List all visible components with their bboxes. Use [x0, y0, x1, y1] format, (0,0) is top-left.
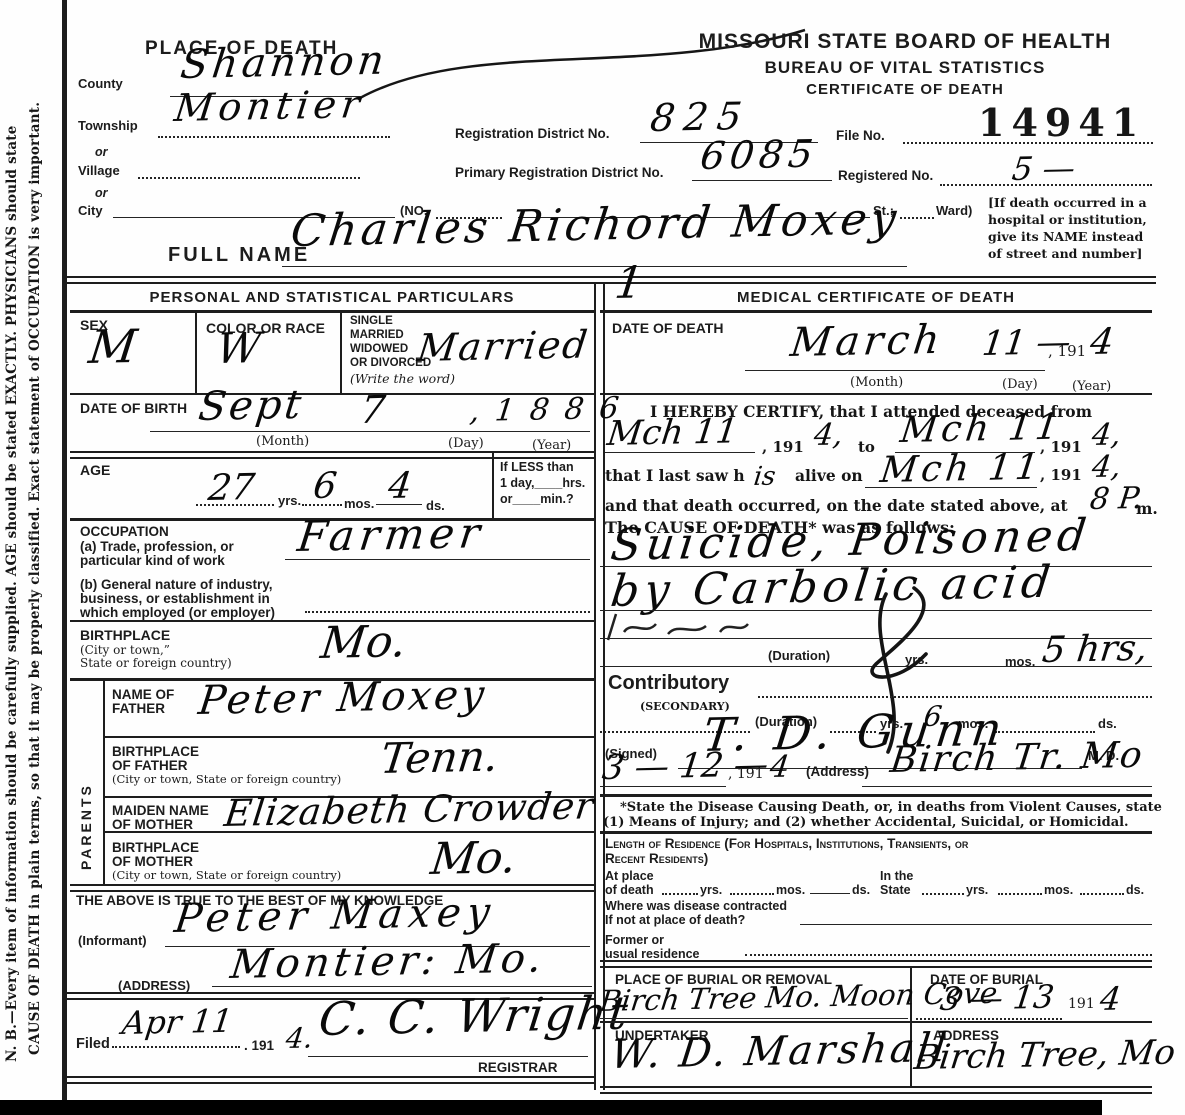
blank-line: [810, 893, 850, 894]
registered-no-value: 5 —: [1010, 149, 1077, 188]
mother-name-value: Elizabeth Crowder: [222, 784, 597, 835]
rule: [103, 736, 594, 738]
birthplace-subcaption: State or foreign country): [80, 656, 232, 670]
file-no-value: 14941: [978, 100, 1145, 145]
cell-border: [103, 680, 105, 886]
blank-line: [745, 954, 1152, 956]
mother-birthplace-subcaption: (City or town, State or foreign country): [112, 868, 341, 882]
mother-birthplace-label: OF MOTHER: [112, 854, 193, 869]
less-than-line: or____min.?: [500, 492, 574, 506]
sex-value: M: [86, 319, 140, 374]
cell-border: [492, 453, 494, 518]
year-caption: (Year): [1072, 379, 1111, 394]
blank-line: [285, 559, 590, 560]
father-birthplace-label: OF FATHER: [112, 758, 188, 773]
rule: [600, 1086, 1152, 1094]
city-label: City: [78, 203, 103, 218]
alive-on-text: alive on: [795, 466, 863, 485]
last-saw-text: that I last saw h: [605, 466, 745, 485]
margin-note-line2: CAUSE OF DEATH in plain terms, so that i…: [27, 45, 43, 1055]
rule: [600, 393, 1152, 395]
rule: [70, 310, 594, 313]
footnote-line: (1) Means of Injury; and (2) whether Acc…: [603, 815, 1129, 830]
occupation-b-line: which employed (or employer): [80, 605, 275, 620]
blank-line: [1080, 893, 1124, 895]
at-place-label: of death: [605, 883, 654, 897]
last-saw-date: Mch 11: [878, 447, 1045, 491]
bureau-title: BUREAU OF VITAL STATISTICS: [680, 58, 1130, 78]
primary-district-label: Primary Registration District No.: [455, 165, 664, 180]
blank-line: [862, 786, 1152, 787]
duration-value: 5 hrs,: [1040, 628, 1150, 671]
signed-year-digit: 4: [768, 750, 791, 785]
blank-line: [305, 611, 590, 613]
hospital-note-line: hospital or institution,: [988, 211, 1147, 228]
duration-label: (Duration): [768, 648, 830, 663]
father-birthplace-value: Tenn.: [378, 732, 501, 783]
footnote-line: *State the Disease Causing Death, or, in…: [620, 800, 1162, 815]
registration-district-label: Registration District No.: [455, 126, 610, 141]
blank-line: [196, 504, 274, 506]
ds-label: ds.: [852, 883, 870, 897]
document-left-border: [62, 0, 67, 1100]
county-label: County: [78, 76, 123, 91]
father-name-value: Peter Moxey: [196, 672, 490, 724]
medical-section-title: MEDICAL CERTIFICATE OF DEATH: [600, 289, 1152, 306]
blank-line: [745, 370, 1045, 371]
last-saw-year-digit: 4,: [1090, 449, 1123, 485]
blank-line: [940, 184, 1152, 186]
his-handwritten: is: [752, 462, 777, 492]
date-of-death-month: March: [788, 317, 946, 366]
marital-instruction: (Write the word): [350, 371, 455, 386]
blank-line: [998, 893, 1042, 895]
birthplace-value: Mo.: [318, 616, 409, 669]
age-days-value: 4: [386, 466, 414, 507]
informant-value: Peter Maxey: [172, 889, 498, 942]
rule: [64, 276, 1156, 284]
blank-line: [302, 504, 342, 506]
disease-contracted-label: Where was disease contracted: [605, 899, 787, 913]
yrs-label: yrs.: [966, 883, 988, 897]
hospital-note: [If death occurred in a hospital or inst…: [988, 194, 1147, 262]
dob-label: DATE OF BIRTH: [80, 400, 187, 416]
filed-label: Filed: [76, 1036, 110, 1052]
occupation-a-line: (a) Trade, profession, or: [80, 539, 234, 554]
disease-contracted-label: If not at place of death?: [605, 913, 745, 927]
personal-section-title: PERSONAL AND STATISTICAL PARTICULARS: [70, 289, 594, 306]
occupation-a-line: particular kind of work: [80, 553, 225, 568]
margin-note-line1: N. B.—Every item of information should b…: [4, 32, 20, 1062]
residence-title-line: Recent Residents): [605, 851, 708, 866]
ds-label: ds.: [1098, 716, 1117, 731]
death-certificate: N. B.—Every item of information should b…: [0, 0, 1185, 1115]
blank-line: [112, 1046, 240, 1048]
cell-border: [195, 312, 197, 393]
attended-to-year-digit: 4,: [1090, 417, 1123, 453]
informant-label: (Informant): [78, 933, 147, 948]
full-name-value: Charles Richord Moxey: [288, 193, 903, 257]
residence-title-line: Length of Residence (For Hospitals, Inst…: [605, 836, 968, 851]
attended-from-date: Mch 11: [605, 411, 740, 454]
scan-edge-strip: [0, 1100, 1102, 1115]
registered-no-label: Registered No.: [838, 168, 933, 183]
m-suffix: m.: [1136, 499, 1158, 518]
filed-year-digit: 4.: [284, 1021, 315, 1055]
blank-line: [600, 1018, 908, 1019]
parents-label: PARENTS: [78, 700, 94, 870]
blank-line: [922, 893, 964, 895]
marital-value: Married: [415, 322, 592, 370]
occupation-b-line: business, or establishment in: [80, 591, 270, 606]
blank-line: [376, 504, 422, 505]
undertaker-address-value: Birch Tree, Mo: [912, 1033, 1177, 1078]
blank-line: [662, 893, 698, 895]
birthplace-subcaption: (City or town,”: [80, 643, 170, 657]
date-of-death-label: DATE OF DEATH: [612, 320, 723, 336]
illegible-scribble: [602, 612, 752, 644]
dob-day-value: 7: [358, 388, 388, 432]
occupation-value: Farmer: [295, 508, 488, 561]
occupation-label: OCCUPATION: [80, 524, 169, 539]
year-printed: , 191: [1040, 438, 1082, 456]
blank-line: [158, 136, 390, 138]
ds-label: ds.: [1126, 883, 1144, 897]
attended-from-year-digit: 4,: [812, 417, 845, 453]
year-printed: , 191: [762, 438, 804, 456]
cell-border: [340, 312, 342, 393]
day-caption: (Day): [448, 436, 484, 451]
rule: [600, 794, 1152, 797]
father-name-label: NAME OF: [112, 687, 174, 702]
informant-address-label: (ADDRESS): [118, 978, 190, 993]
township-label: Township: [78, 118, 138, 133]
hospital-note-line: of street and number]: [988, 245, 1147, 262]
rule: [70, 451, 594, 459]
blank-line: [916, 1018, 1062, 1020]
ward-label: Ward): [936, 203, 972, 218]
year-printed: , 191: [728, 766, 764, 782]
father-name-label: FATHER: [112, 701, 165, 716]
age-label: AGE: [80, 462, 110, 478]
to-word: to: [858, 438, 875, 456]
mos-label: mos.: [344, 496, 374, 511]
former-residence-label: Former or: [605, 933, 664, 947]
blank-line: [308, 1056, 588, 1057]
color-race-value: W: [214, 323, 263, 373]
or-word: or: [95, 186, 108, 200]
yrs-label: yrs.: [700, 883, 722, 897]
marital-option: MARRIED: [350, 329, 404, 341]
filed-date-value: Apr 11: [120, 1002, 235, 1042]
rule: [64, 1076, 594, 1084]
hospital-note-line: give its NAME instead: [988, 228, 1147, 245]
board-title: MISSOURI STATE BOARD OF HEALTH: [680, 30, 1130, 54]
year-printed: 191: [1068, 996, 1095, 1012]
blank-line: [900, 217, 934, 219]
mother-birthplace-value: Mo.: [428, 832, 519, 885]
burial-date-value: 3 — 13: [938, 978, 1056, 1018]
dob-month-value: Sept: [196, 382, 307, 430]
in-the-state-label: State: [880, 883, 911, 897]
age-months-value: 6: [311, 466, 339, 507]
year-printed: , 191: [1048, 342, 1086, 360]
physician-address-label: (Address): [806, 764, 869, 779]
year-printed: , 191: [1040, 466, 1082, 484]
village-label: Village: [78, 163, 120, 178]
township-value: Montier: [172, 82, 367, 130]
rule: [600, 831, 1152, 834]
contributory-label: Contributory: [608, 672, 729, 695]
blank-line: [692, 180, 832, 181]
blank-line: [600, 786, 726, 787]
marital-option: SINGLE: [350, 315, 393, 327]
blank-line: [138, 177, 360, 179]
blank-line: [995, 731, 1095, 733]
blank-line: [758, 696, 1152, 698]
registrar-signature: C. C. Wright: [316, 986, 632, 1046]
less-than-line: 1 day,____hrs.: [500, 476, 585, 490]
less-than-line: If LESS than: [500, 460, 574, 474]
dob-year-value: , 1 8 8 6: [468, 391, 624, 429]
mos-label: mos.: [1044, 883, 1073, 897]
rule: [70, 884, 594, 892]
mother-name-label: OF MOTHER: [112, 817, 193, 832]
blank-line: [800, 924, 1152, 925]
date-of-death-year-digit: 4: [1088, 322, 1116, 363]
file-no-label: File No.: [836, 128, 885, 143]
blank-line: [903, 142, 1153, 144]
undertaker-value: W. D. Marshall: [608, 1025, 952, 1078]
birthplace-label: BIRTHPLACE: [80, 627, 170, 643]
mother-name-label: MAIDEN NAME: [112, 803, 209, 818]
rule: [600, 960, 1152, 968]
month-caption: (Month): [256, 434, 309, 449]
informant-address-value: Montier: Mo.: [228, 935, 548, 988]
rule: [103, 831, 594, 833]
father-birthplace-subcaption: (City or town, State or foreign country): [112, 772, 341, 786]
occupation-b-line: (b) General nature of industry,: [80, 577, 273, 592]
age-years-value: 27: [206, 467, 257, 509]
county-value: Shannon: [178, 38, 390, 88]
marital-option: WIDOWED: [350, 343, 408, 355]
cause-line-2: by Carbolic acid: [608, 557, 1058, 617]
in-the-state-label: In the: [880, 869, 913, 883]
yrs-label: yrs.: [278, 493, 301, 508]
rule: [600, 1021, 1152, 1023]
day-caption: (Day): [1002, 377, 1038, 392]
physician-address-value: Birch Tr. Mo: [888, 735, 1146, 781]
primary-district-value: 6085: [698, 132, 820, 178]
former-residence-label: usual residence: [605, 947, 700, 961]
or-word: or: [95, 145, 108, 159]
at-place-label: At place: [605, 869, 654, 883]
father-birthplace-label: BIRTHPLACE: [112, 744, 199, 759]
registrar-label: REGISTRAR: [478, 1060, 558, 1075]
mos-label: mos.: [776, 883, 805, 897]
blank-line: [150, 431, 590, 432]
burial-year-digit: 4: [1098, 980, 1123, 1018]
blank-line: [282, 266, 907, 267]
month-caption: (Month): [850, 375, 903, 390]
mother-birthplace-label: BIRTHPLACE: [112, 840, 199, 855]
blank-line: [605, 452, 755, 453]
hospital-note-line: [If death occurred in a: [988, 194, 1147, 211]
filed-year-printed: . 191: [244, 1038, 274, 1053]
blank-line: [865, 487, 1037, 488]
rule: [600, 310, 1152, 313]
blank-line: [730, 893, 774, 895]
